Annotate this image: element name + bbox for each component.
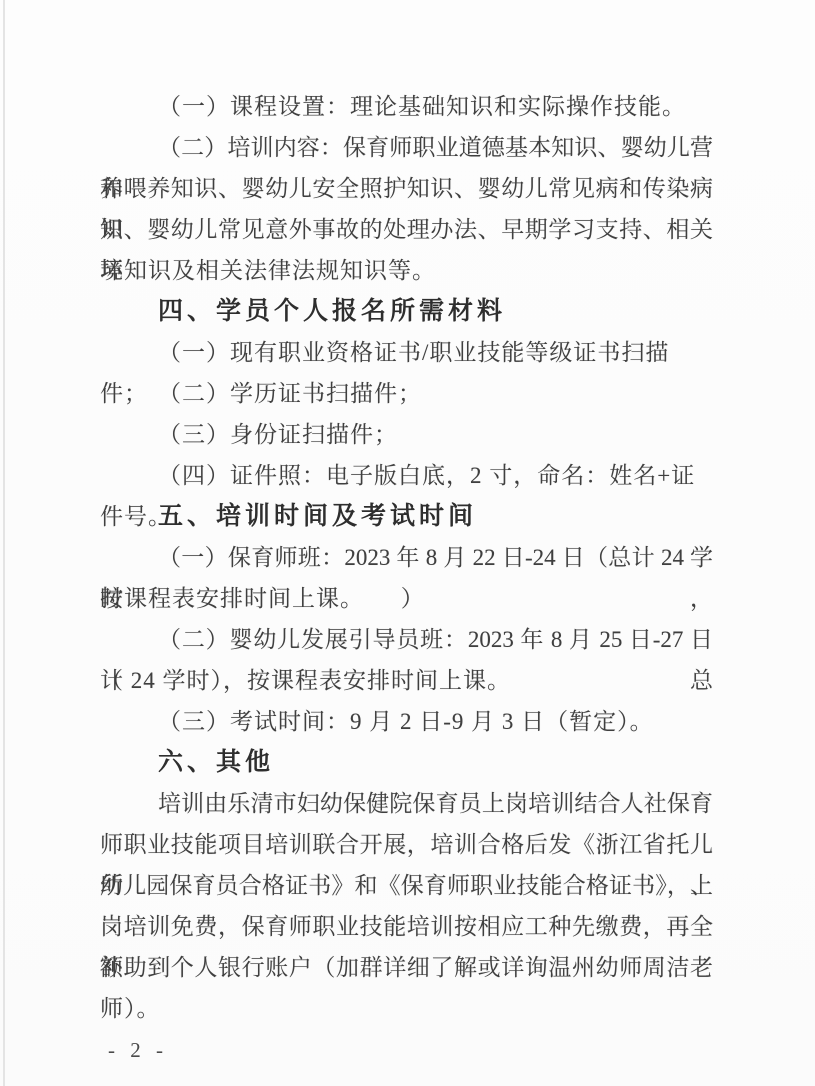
text-line: 培训由乐清市妇幼保健院保育员上岗培训结合人社保育 <box>100 783 713 824</box>
text-line: （二）培训内容：保育师职业道德基本知识、婴幼儿营养 <box>100 127 713 168</box>
text-line: （三）身份证扫描件； <box>100 414 713 455</box>
text-line: 识、婴幼儿常见意外事故的处理办法、早期学习支持、相关环 <box>100 209 713 250</box>
text-line: （四）证件照：电子版白底，2 寸，命名：姓名+证件号。 <box>100 455 713 496</box>
text-line: 补助到个人银行账户（加群详细了解或详询温州幼师周洁老 <box>100 947 713 988</box>
section-heading: 五、培训时间及考试时间 <box>100 496 713 537</box>
page-number: - 2 - <box>108 1031 168 1069</box>
text-line: 岗培训免费，保育师职业技能培训按相应工种先缴费，再全额 <box>100 906 713 947</box>
text-line: 幼儿园保育员合格证书》和《保育师职业技能合格证书》，上 <box>100 865 713 906</box>
text-line: （二）婴幼儿发展引导员班：2023 年 8 月 25 日-27 日（总 <box>100 619 713 660</box>
section-heading: 六、其他 <box>100 742 713 783</box>
text-line: （一）保育师班：2023 年 8 月 22 日-24 日（总计 24 学时）， <box>100 537 713 578</box>
section-heading: 四、学员个人报名所需材料 <box>100 291 713 332</box>
text-line: 师）。 <box>100 988 713 1029</box>
text-line: （一）课程设置：理论基础知识和实际操作技能。 <box>100 86 713 127</box>
text-line: （三）考试时间：9 月 2 日-9 月 3 日（暂定）。 <box>100 701 713 742</box>
page-left-edge-line <box>3 0 5 1086</box>
text-line: （一）现有职业资格证书/职业技能等级证书扫描件； <box>100 332 713 373</box>
document-content: （一）课程设置：理论基础知识和实际操作技能。（二）培训内容：保育师职业道德基本知… <box>100 86 713 1029</box>
text-line: 境知识及相关法律法规知识等。 <box>100 250 713 291</box>
text-line: 师职业技能项目培训联合开展，培训合格后发《浙江省托儿所、 <box>100 824 713 865</box>
text-line: （二）学历证书扫描件； <box>100 373 713 414</box>
document-page: （一）课程设置：理论基础知识和实际操作技能。（二）培训内容：保育师职业道德基本知… <box>0 0 815 1086</box>
text-line: 和喂养知识、婴幼儿安全照护知识、婴幼儿常见病和传染病知 <box>100 168 713 209</box>
